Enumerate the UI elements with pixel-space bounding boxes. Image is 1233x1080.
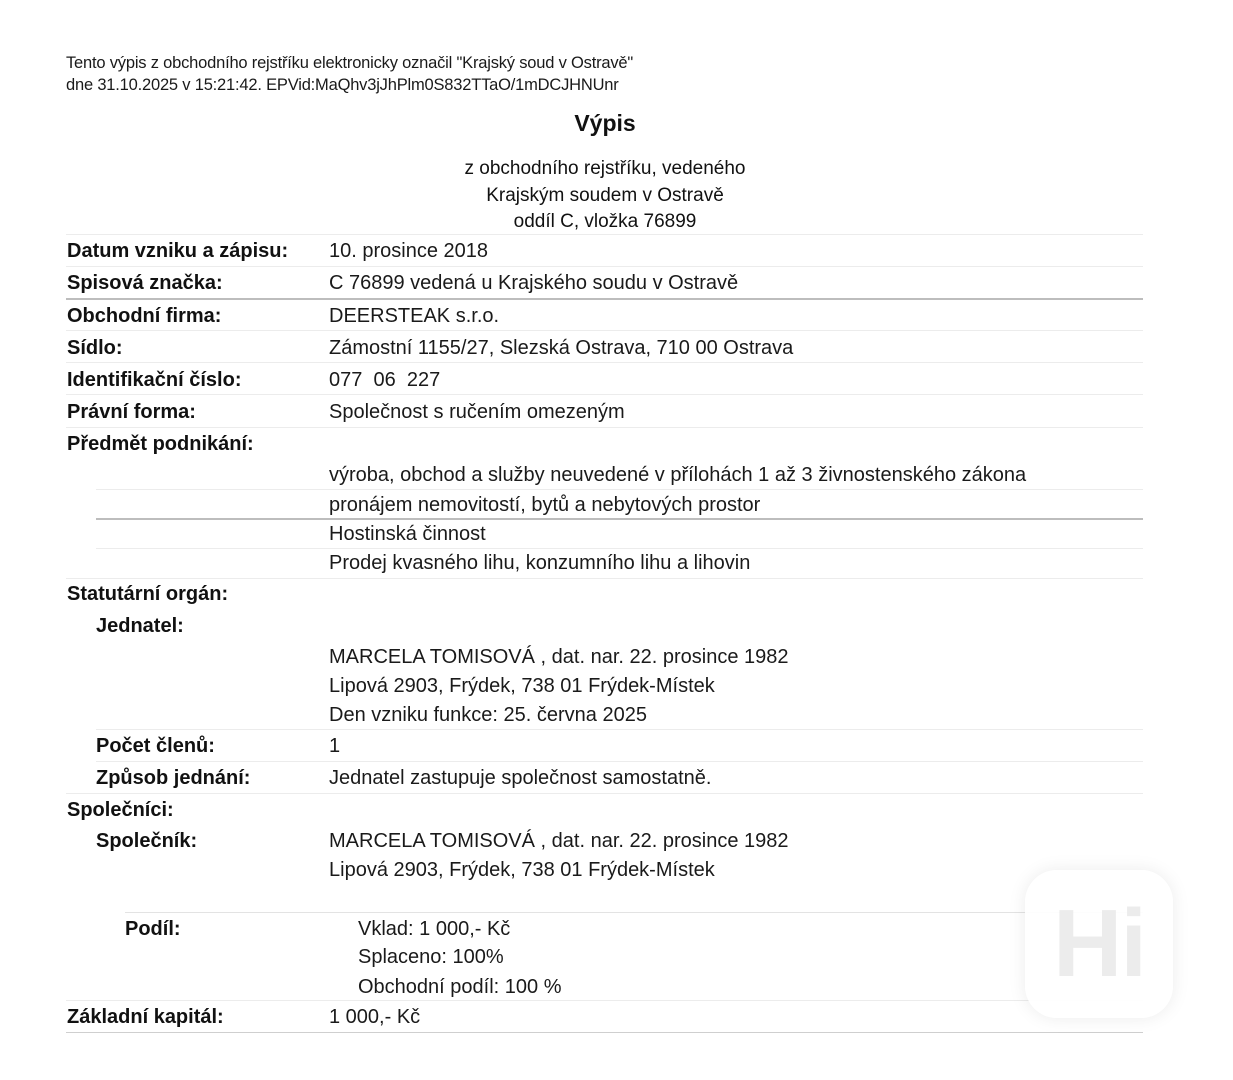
jednatel-address: Lipová 2903, Frýdek, 738 01 Frýdek-Míste… [329, 674, 715, 698]
podil-obchodni-podil: Obchodní podíl: 100 % [358, 975, 561, 999]
value-zpusob-jednani: Jednatel zastupuje společnost samostatně… [329, 766, 711, 790]
predmet-item: pronájem nemovitostí, bytů a nebytových … [329, 493, 760, 517]
divider [66, 362, 1143, 363]
stamp-line-1: Tento výpis z obchodního rejstříku elekt… [66, 52, 766, 74]
divider [66, 1032, 1143, 1033]
label-statutarni-organ: Statutární orgán: [67, 582, 228, 606]
label-predmet-podnikani: Předmět podnikání: [67, 432, 254, 456]
divider [66, 234, 1143, 235]
label-ico: Identifikační číslo: [67, 368, 241, 392]
spolecnik-name: MARCELA TOMISOVÁ , dat. nar. 22. prosinc… [329, 829, 789, 853]
jednatel-function-start: Den vzniku funkce: 25. června 2025 [329, 703, 647, 727]
value-sidlo: Zámostní 1155/27, Slezská Ostrava, 710 0… [329, 336, 793, 360]
document-subtitle: z obchodního rejstříku, vedeného Krajský… [0, 156, 1210, 236]
value-pocet-clenu: 1 [329, 734, 340, 758]
divider [66, 266, 1143, 267]
electronic-stamp-note: Tento výpis z obchodního rejstříku elekt… [66, 52, 766, 96]
divider [96, 761, 1143, 762]
subtitle-line-1: z obchodního rejstříku, vedeného [0, 156, 1210, 183]
jednatel-name: MARCELA TOMISOVÁ , dat. nar. 22. prosinc… [329, 645, 789, 669]
label-jednatel: Jednatel: [96, 614, 184, 638]
label-datum-vzniku: Datum vzniku a zápisu: [67, 239, 288, 263]
divider [66, 793, 1143, 794]
value-pravni-forma: Společnost s ručením omezeným [329, 400, 625, 424]
divider [96, 489, 1143, 490]
hi-watermark-badge: Hi [1025, 870, 1173, 1018]
subtitle-line-2: Krajským soudem v Ostravě [0, 183, 1210, 210]
value-obchodni-firma: DEERSTEAK s.r.o. [329, 304, 499, 328]
divider [66, 330, 1143, 331]
spolecnik-address: Lipová 2903, Frýdek, 738 01 Frýdek-Míste… [329, 858, 715, 882]
value-zakladni-kapital: 1 000,- Kč [329, 1005, 420, 1029]
label-spolecnik: Společník: [96, 829, 197, 853]
predmet-item: výroba, obchod a služby neuvedené v příl… [329, 463, 1026, 487]
divider [96, 518, 1143, 520]
predmet-item: Prodej kvasného lihu, konzumního lihu a … [329, 551, 750, 575]
label-zpusob-jednani: Způsob jednání: [96, 766, 250, 790]
label-pocet-clenu: Počet členů: [96, 734, 215, 758]
document-title: Výpis [0, 109, 1210, 137]
label-spisova-znacka: Spisová značka: [67, 271, 223, 295]
divider [66, 1000, 1143, 1001]
label-zakladni-kapital: Základní kapitál: [67, 1005, 224, 1029]
subtitle-line-3: oddíl C, vložka 76899 [0, 209, 1210, 236]
divider [66, 298, 1143, 300]
divider [96, 729, 1143, 730]
stamp-line-2: dne 31.10.2025 v 15:21:42. EPVid:MaQhv3j… [66, 74, 766, 96]
value-ico: 077 06 227 [329, 368, 440, 392]
hi-logo-icon: Hi [1025, 870, 1173, 1018]
podil-splaceno: Splaceno: 100% [358, 945, 504, 969]
label-podil: Podíl: [125, 917, 181, 941]
label-pravni-forma: Právní forma: [67, 400, 196, 424]
divider [66, 427, 1143, 428]
podil-vklad: Vklad: 1 000,- Kč [358, 917, 510, 941]
label-spolecnici: Společníci: [67, 798, 174, 822]
label-sidlo: Sídlo: [67, 336, 123, 360]
divider [66, 394, 1143, 395]
divider [66, 578, 1143, 579]
divider [125, 912, 1143, 913]
predmet-item: Hostinská činnost [329, 522, 486, 546]
label-obchodni-firma: Obchodní firma: [67, 304, 221, 328]
value-datum-vzniku: 10. prosince 2018 [329, 239, 488, 263]
divider [96, 548, 1143, 549]
value-spisova-znacka: C 76899 vedená u Krajského soudu v Ostra… [329, 271, 738, 295]
